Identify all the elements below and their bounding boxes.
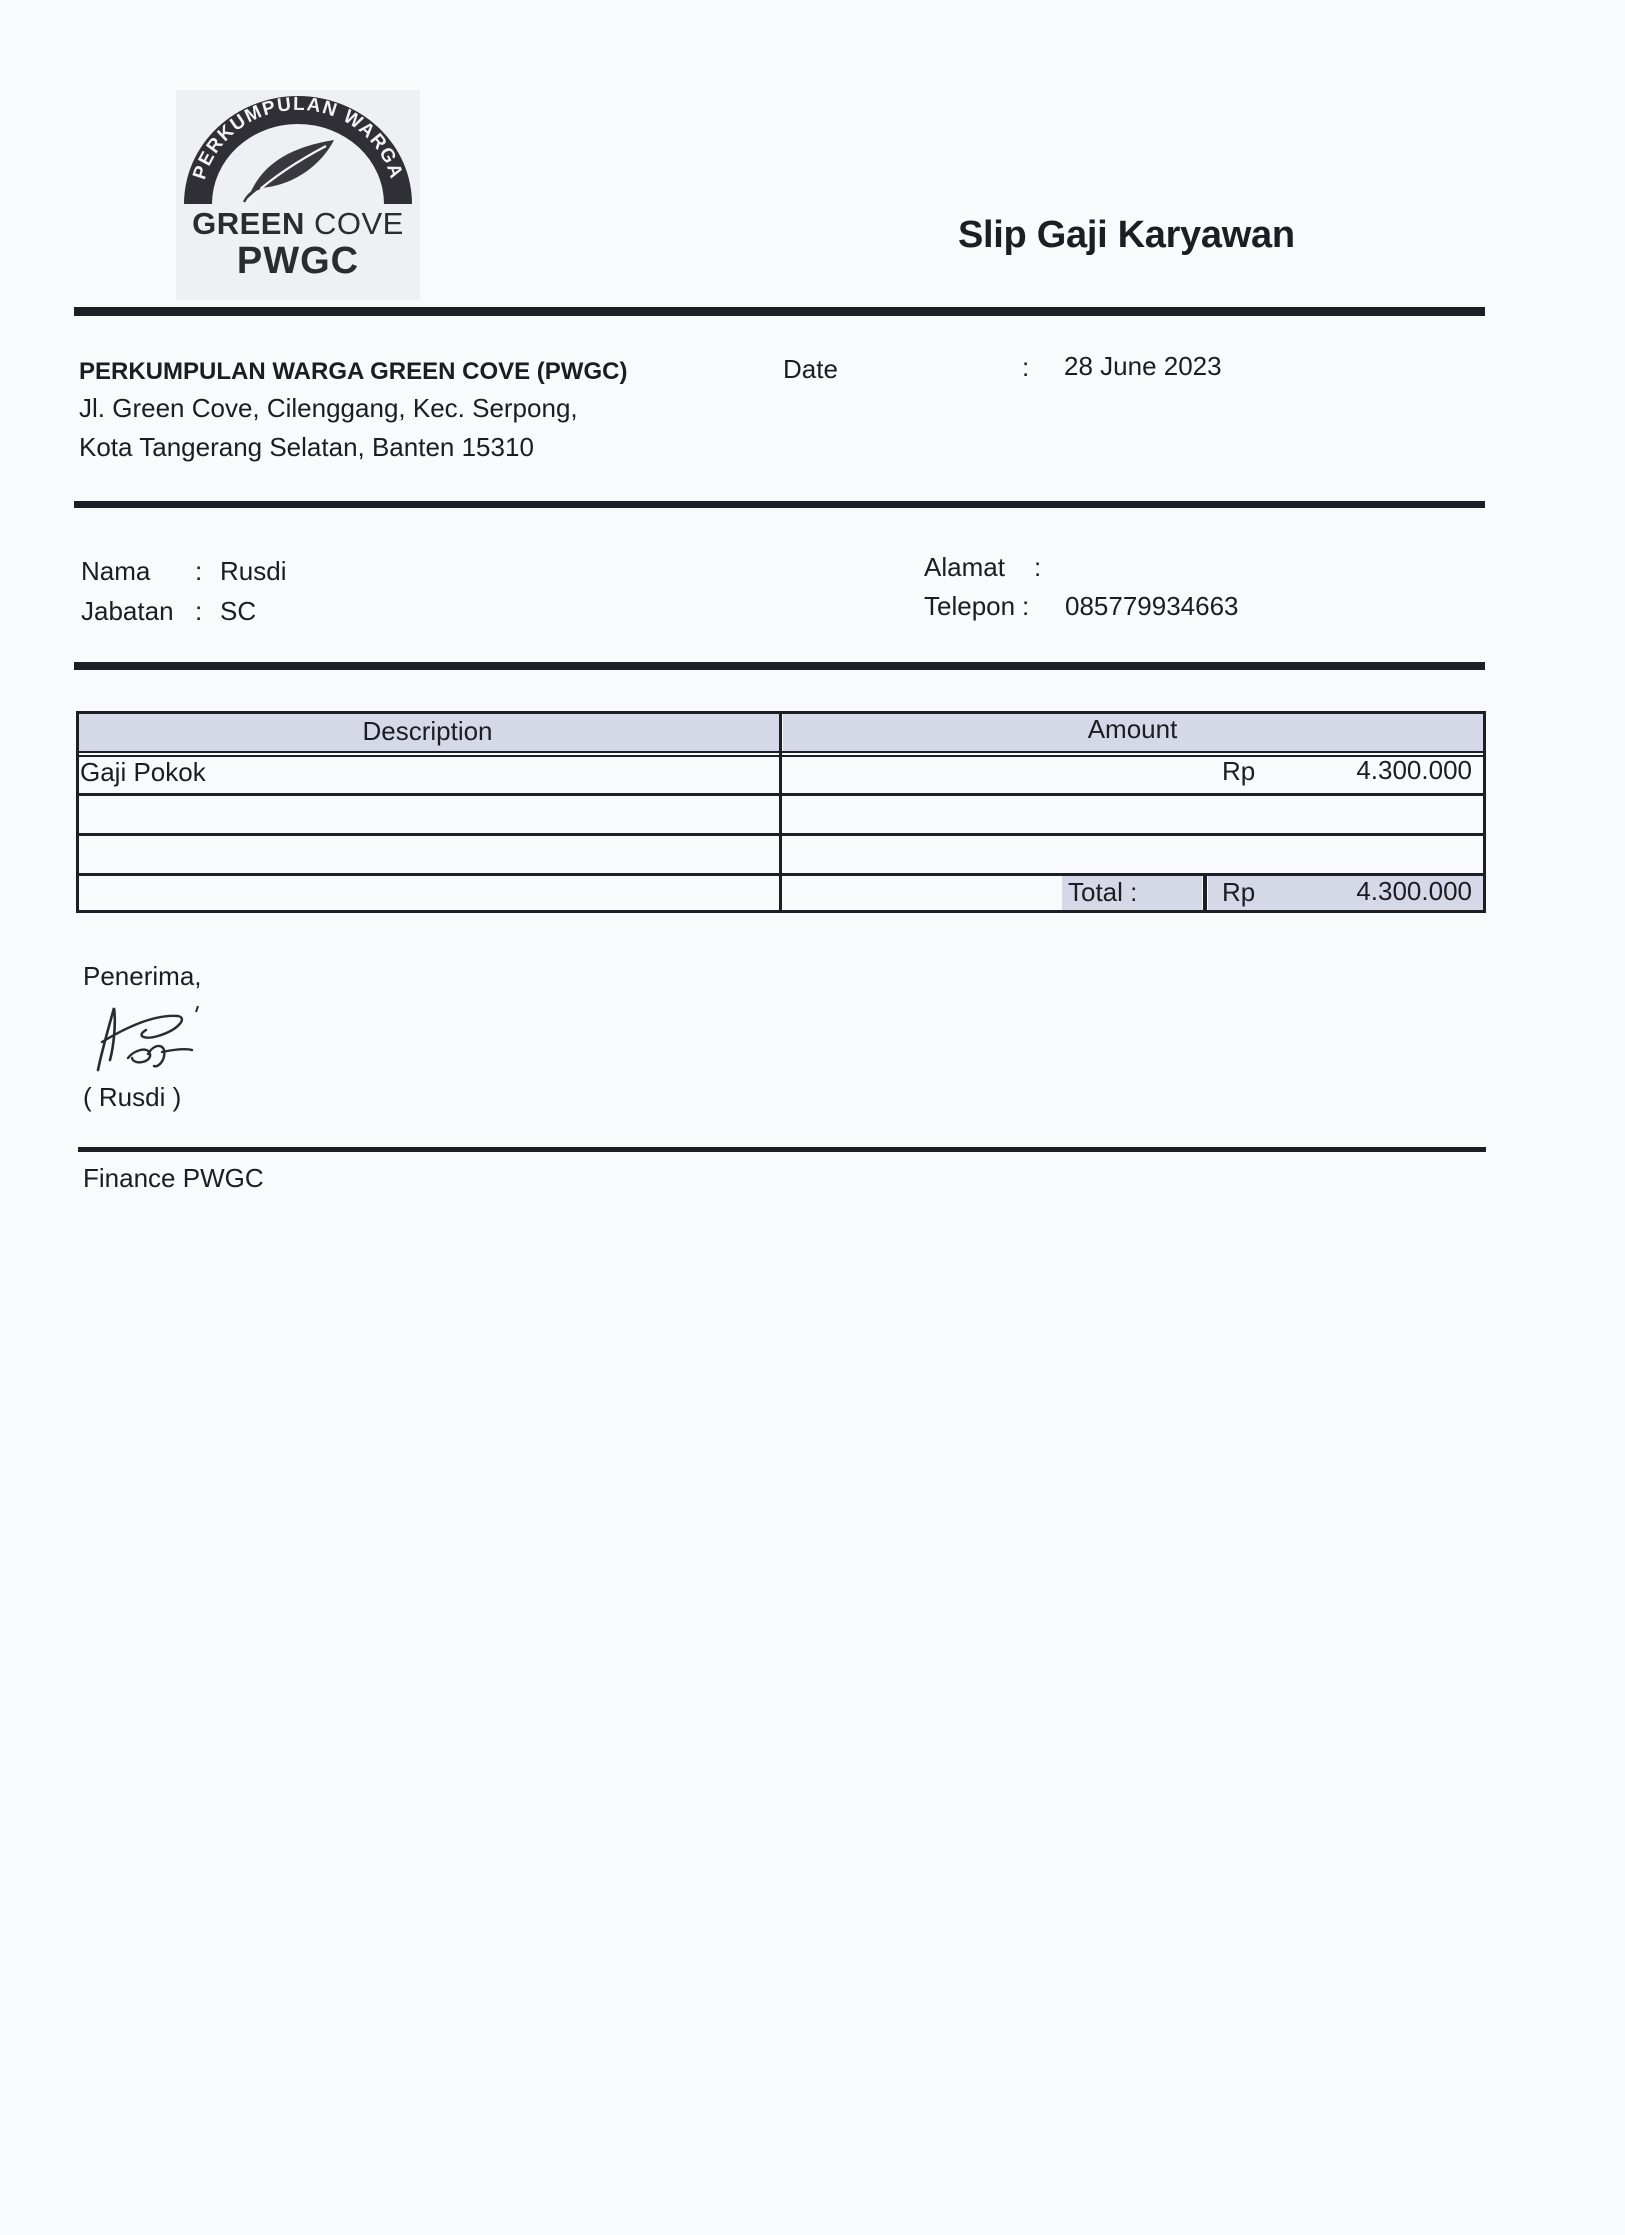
organization-address-line1: Jl. Green Cove, Cilenggang, Kec. Serpong… [79,393,578,424]
divider-footer [78,1147,1486,1152]
jabatan-value: SC [220,596,256,627]
telepon-label: Telepon [924,591,1015,622]
total-label: Total : [1062,877,1202,908]
divider-lower [74,662,1485,670]
header-amount: Amount [782,714,1483,745]
date-separator: : [1022,352,1029,383]
telepon-value: 085779934663 [1065,591,1239,622]
pay-table: Description Amount Gaji Pokok Rp 4.300.0… [76,711,1486,913]
nama-separator: : [195,556,202,587]
alamat-separator: : [1034,552,1041,583]
nama-value: Rusdi [220,556,286,587]
total-amount: 4.300.000 [1356,876,1472,907]
telepon-separator: : [1022,591,1029,622]
organization-name: PERKUMPULAN WARGA GREEN COVE (PWGC) [79,358,627,386]
leaf-icon [244,140,334,202]
jabatan-separator: : [195,596,202,627]
divider-middle [74,501,1485,508]
total-separator [1203,873,1207,913]
divider-top [74,307,1485,316]
footer-text: Finance PWGC [83,1163,264,1194]
logo-acronym: PWGC [176,240,420,283]
alamat-label: Alamat [924,552,1005,583]
logo-wordmark: GREEN COVE [176,206,420,242]
jabatan-label: Jabatan [81,596,174,627]
table-border-right [1483,711,1486,913]
recipient-name: ( Rusdi ) [83,1082,181,1113]
row-1-amount: 4.300.000 [1356,755,1472,786]
header-description: Description [76,716,779,747]
row-1-description: Gaji Pokok [80,757,206,788]
organization-logo: PERKUMPULAN WARGA GREEN COVE PWGC [176,90,420,300]
date-value: 28 June 2023 [1064,351,1222,382]
logo-arc: PERKUMPULAN WARGA [176,90,420,210]
nama-label: Nama [81,556,150,587]
organization-address-line2: Kota Tangerang Selatan, Banten 15310 [79,432,534,463]
row-1-currency: Rp [1222,756,1255,787]
page-title: Slip Gaji Karyawan [958,214,1295,257]
date-label: Date [783,354,838,385]
signature-image [92,1000,202,1075]
total-currency: Rp [1222,877,1255,908]
recipient-label: Penerima, [83,961,202,992]
